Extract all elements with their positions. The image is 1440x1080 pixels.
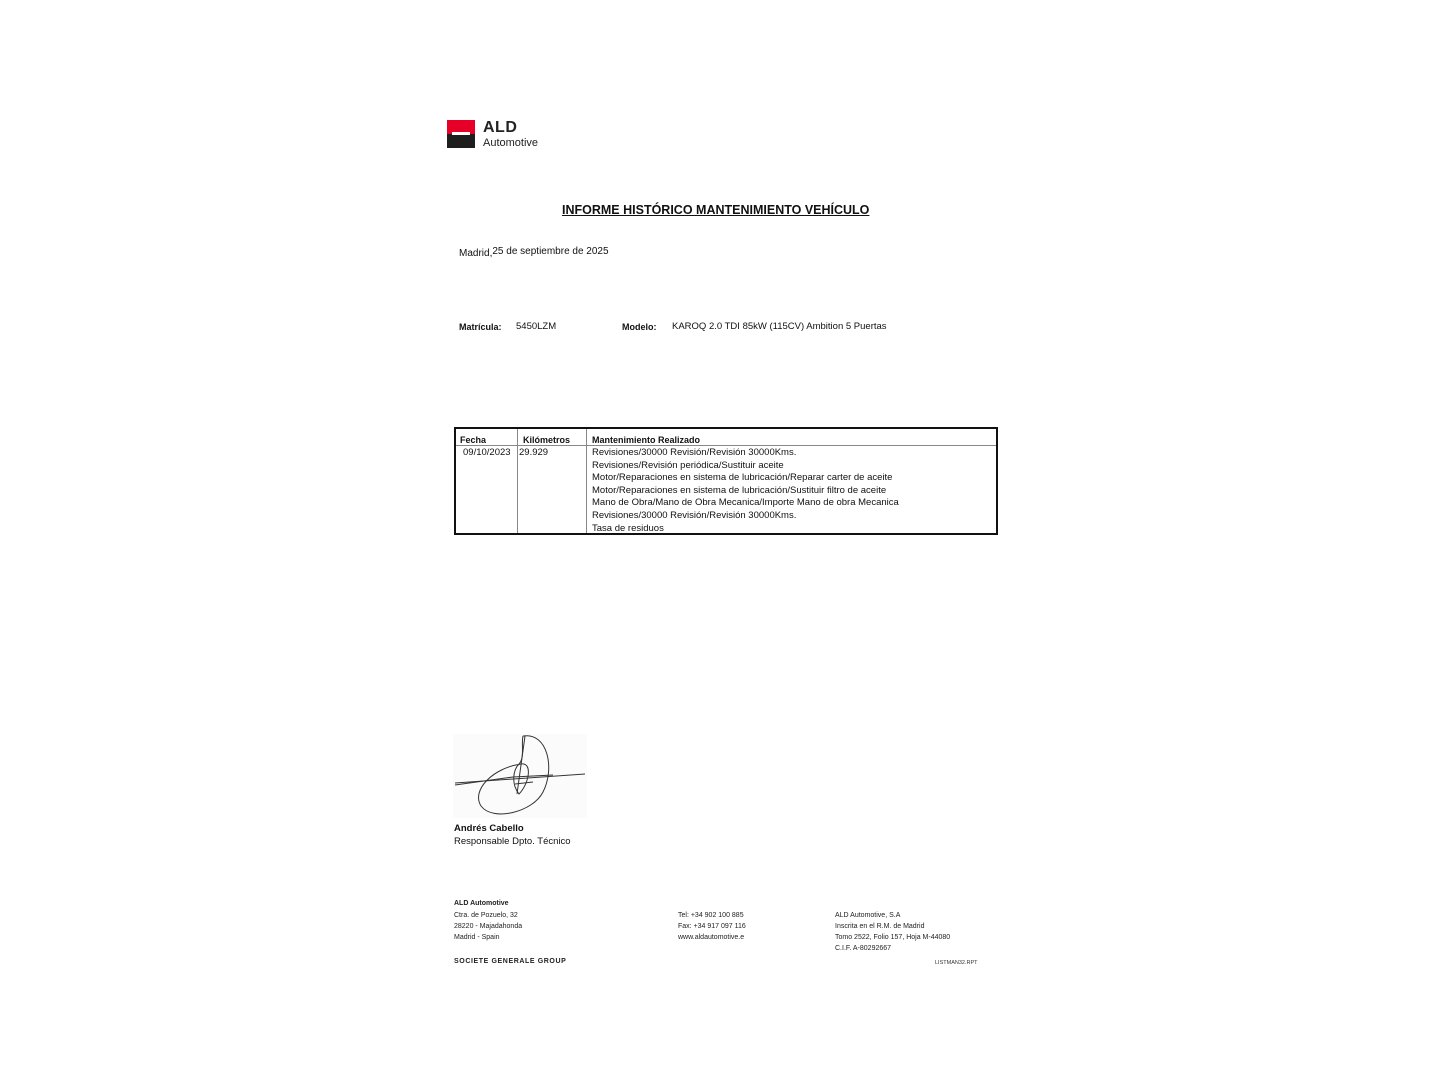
document-date: Madrid,25 de septiembre de 2025 xyxy=(459,246,609,257)
footer-legal-line: ALD Automotive, S.A xyxy=(835,910,950,921)
modelo-label: Modelo: xyxy=(622,322,657,332)
footer-website[interactable]: www.aldautomotive.e xyxy=(678,932,746,943)
header-mantenimiento: Mantenimiento Realizado xyxy=(592,435,700,445)
signatory-name: Andrés Cabello xyxy=(454,823,524,834)
document-title: INFORME HISTÓRICO MANTENIMIENTO VEHÍCULO xyxy=(562,203,869,217)
column-divider xyxy=(586,429,587,533)
signatory-role: Responsable Dpto. Técnico xyxy=(454,836,571,847)
footer-address-line: 28220 - Majadahonda xyxy=(454,921,522,932)
maintenance-table: Fecha Kilómetros Mantenimiento Realizado… xyxy=(454,427,998,535)
signature-scribble-icon xyxy=(453,734,587,818)
footer-legal-line: Tomo 2522, Folio 157, Hoja M-44080 xyxy=(835,932,950,943)
maintenance-item: Motor/Reparaciones en sistema de lubrica… xyxy=(592,472,899,485)
modelo-value: KAROQ 2.0 TDI 85kW (115CV) Ambition 5 Pu… xyxy=(672,321,887,332)
header-kilometros: Kilómetros xyxy=(523,435,570,445)
maintenance-item: Revisiones/Revisión periódica/Sustituir … xyxy=(592,460,899,473)
footer-fax: Fax: +34 917 097 116 xyxy=(678,921,746,932)
footer-company: ALD Automotive xyxy=(454,898,522,909)
cell-mantenimiento: Revisiones/30000 Revisión/Revisión 30000… xyxy=(592,447,899,535)
matricula-value: 5450LZM xyxy=(516,321,556,332)
header-divider xyxy=(456,445,996,446)
footer-address-block: ALD Automotive Ctra. de Pozuelo, 32 2822… xyxy=(454,898,522,943)
date-value: 25 de septiembre de 2025 xyxy=(492,246,608,257)
logo-text-automotive: Automotive xyxy=(483,137,538,149)
header-fecha: Fecha xyxy=(460,435,486,445)
maintenance-item: Motor/Reparaciones en sistema de lubrica… xyxy=(592,485,899,498)
footer-legal-block: ALD Automotive, S.A Inscrita en el R.M. … xyxy=(835,910,950,954)
footer-legal-line: C.I.F. A-80292667 xyxy=(835,943,950,954)
footer-address-line: Ctra. de Pozuelo, 32 xyxy=(454,910,522,921)
maintenance-item: Revisiones/30000 Revisión/Revisión 30000… xyxy=(592,447,899,460)
ald-automotive-logo: ALD Automotive xyxy=(447,120,551,150)
maintenance-item: Tasa de residuos xyxy=(592,523,899,536)
maintenance-item: Revisiones/30000 Revisión/Revisión 30000… xyxy=(592,510,899,523)
report-code: LISTMAN32.RPT xyxy=(935,960,977,966)
logo-mark-icon xyxy=(447,120,475,148)
column-divider xyxy=(517,429,518,533)
place: Madrid, xyxy=(459,248,492,259)
logo-text-ald: ALD xyxy=(483,119,517,137)
maintenance-item: Mano de Obra/Mano de Obra Mecanica/Impor… xyxy=(592,497,899,510)
societe-generale-group: SOCIETE GENERALE GROUP xyxy=(454,958,566,965)
cell-fecha: 09/10/2023 xyxy=(463,447,511,458)
footer-contact-block: Tel: +34 902 100 885 Fax: +34 917 097 11… xyxy=(678,910,746,943)
footer-legal-line: Inscrita en el R.M. de Madrid xyxy=(835,921,950,932)
cell-km: 29.929 xyxy=(519,447,548,458)
footer-address-line: Madrid - Spain xyxy=(454,932,522,943)
signature-image xyxy=(453,734,587,818)
footer-phone: Tel: +34 902 100 885 xyxy=(678,910,746,921)
matricula-label: Matrícula: xyxy=(459,322,502,332)
